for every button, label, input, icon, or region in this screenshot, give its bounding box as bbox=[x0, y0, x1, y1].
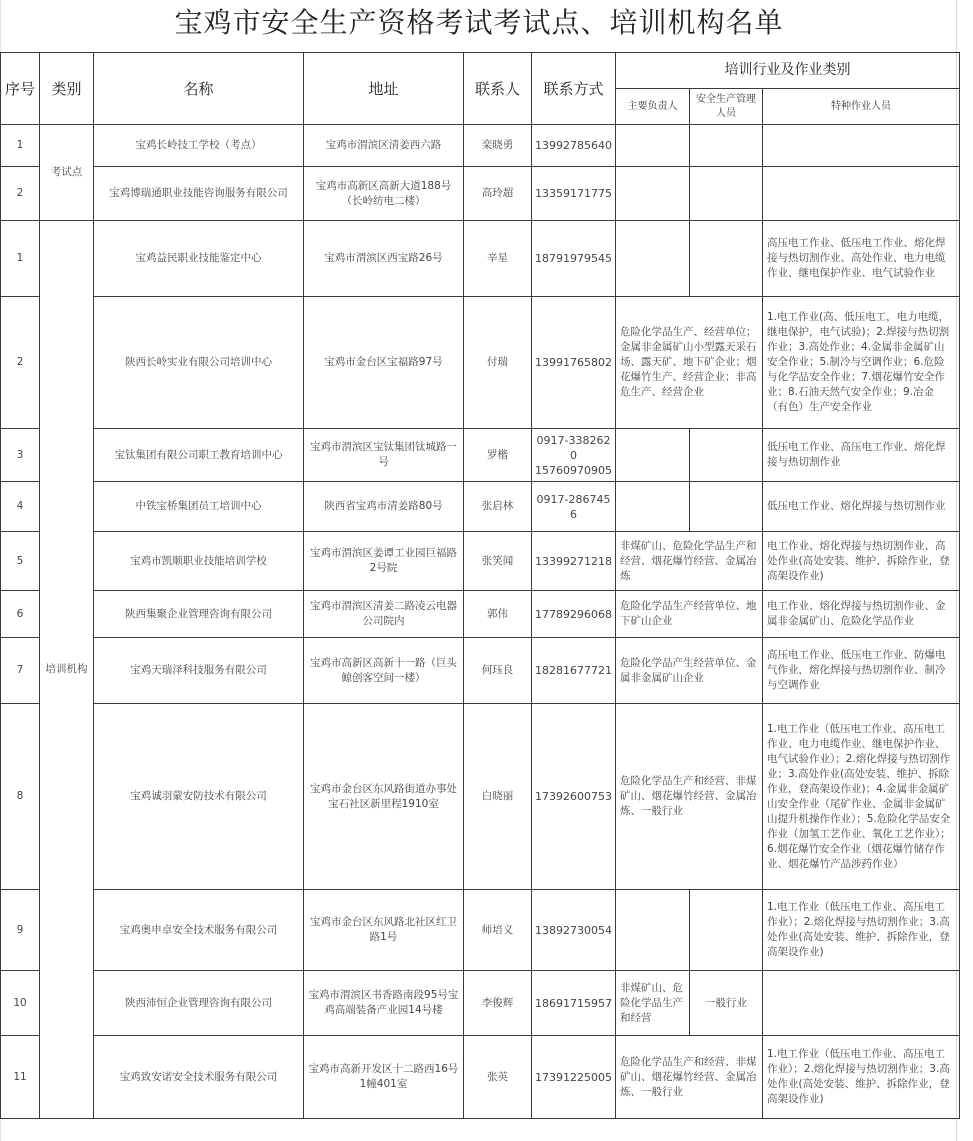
org-name: 宝鸡天瑞泽科技服务有限公司 bbox=[94, 638, 304, 704]
row-seq: 8 bbox=[1, 704, 40, 890]
table-row: 10陕西沛恒企业管理咨询有限公司宝鸡市渭滨区书香路南段95号宝鸡高端装备产业园1… bbox=[1, 971, 960, 1036]
org-name: 宝鸡诚羽蒙安防技术有限公司 bbox=[94, 704, 304, 890]
special-ops-scope: 高压电工作业、低压电工作业、防爆电气作业，熔化焊接与热切割作业、制冷与空调作业 bbox=[763, 638, 960, 704]
category-training-org: 培训机构 bbox=[40, 221, 94, 1119]
header-safety-manager: 安全生产管理人员 bbox=[690, 89, 763, 125]
special-ops-scope: 1.电工作业（低压电工作业、高压电工作业）；2.熔化焊接与热切割作业；3.高处作… bbox=[763, 1036, 960, 1119]
contact-person: 张启林 bbox=[464, 482, 532, 532]
safety-manager-scope bbox=[690, 482, 763, 532]
org-address: 宝鸡市金台区东风路北社区红卫路1号 bbox=[304, 890, 464, 971]
contact-phone: 18281677721 bbox=[532, 638, 616, 704]
page-title: 宝鸡市安全生产资格考试考试点、培训机构名单 bbox=[0, 0, 958, 50]
principal-scope bbox=[616, 482, 690, 532]
table-row: 11宝鸡致安诺安全技术服务有限公司宝鸡市高新开发区十二路西16号1幢401室张英… bbox=[1, 1036, 960, 1119]
contact-phone: 0917-2867456 bbox=[532, 482, 616, 532]
org-name: 宝钛集团有限公司职工教育培训中心 bbox=[94, 429, 304, 482]
special-ops-scope bbox=[763, 125, 960, 167]
industry-scope: 危险化学品生产和经营、非煤矿山、烟花爆竹经营、金属冶炼、一般行业 bbox=[616, 1036, 763, 1119]
table-row: 3宝钛集团有限公司职工教育培训中心宝鸡市渭滨区宝钛集团钛城路一号罗楷0917-3… bbox=[1, 429, 960, 482]
principal-scope: 非煤矿山、危险化学品生产和经营 bbox=[616, 971, 690, 1036]
table-row: 6陕西集聚企业管理咨询有限公司宝鸡市渭滨区清姜二路凌云电器公司院内郭伟17789… bbox=[1, 591, 960, 638]
safety-manager-scope bbox=[690, 125, 763, 167]
row-seq: 2 bbox=[1, 297, 40, 429]
row-seq: 11 bbox=[1, 1036, 40, 1119]
header-special-ops: 特种作业人员 bbox=[763, 89, 960, 125]
org-name: 宝鸡博瑞通职业技能咨询服务有限公司 bbox=[94, 167, 304, 221]
contact-phone: 18791979545 bbox=[532, 221, 616, 297]
contact-person: 白晓丽 bbox=[464, 704, 532, 890]
industry-scope: 危险化学品生产经营单位、地下矿山企业 bbox=[616, 591, 763, 638]
special-ops-scope: 1.电工作业（低压电工作业、高压电工作业、电力电缆作业、继电保护作业、电气试验作… bbox=[763, 704, 960, 890]
contact-phone: 13992785640 bbox=[532, 125, 616, 167]
row-seq: 7 bbox=[1, 638, 40, 704]
org-address: 宝鸡市渭滨区清姜西六路 bbox=[304, 125, 464, 167]
header-address: 地址 bbox=[304, 53, 464, 125]
category-exam-site: 考试点 bbox=[40, 125, 94, 221]
org-address: 宝鸡市高新区高新大道188号（长岭纺电二楼） bbox=[304, 167, 464, 221]
row-seq: 9 bbox=[1, 890, 40, 971]
row-seq: 4 bbox=[1, 482, 40, 532]
table-row: 8宝鸡诚羽蒙安防技术有限公司宝鸡市金台区东风路街道办事处宝石社区新里程1910室… bbox=[1, 704, 960, 890]
header-principal: 主要负责人 bbox=[616, 89, 690, 125]
org-name: 宝鸡奥申卓安全技术服务有限公司 bbox=[94, 890, 304, 971]
row-seq: 6 bbox=[1, 591, 40, 638]
special-ops-scope bbox=[763, 167, 960, 221]
org-address: 陕西省宝鸡市清姜路80号 bbox=[304, 482, 464, 532]
special-ops-scope: 电工作业、熔化焊接与热切割作业、高处作业(高处安装、维护、拆除作业，登高架设作业… bbox=[763, 532, 960, 591]
special-ops-scope: 高压电工作业、低压电工作业、熔化焊接与热切割作业、高处作业、电力电缆作业、继电保… bbox=[763, 221, 960, 297]
contact-person: 郭伟 bbox=[464, 591, 532, 638]
contact-person: 辛星 bbox=[464, 221, 532, 297]
contact-phone: 17391225005 bbox=[532, 1036, 616, 1119]
contact-phone: 13991765802 bbox=[532, 297, 616, 429]
table-row: 2宝鸡博瑞通职业技能咨询服务有限公司宝鸡市高新区高新大道188号（长岭纺电二楼）… bbox=[1, 167, 960, 221]
org-name: 陕西沛恒企业管理咨询有限公司 bbox=[94, 971, 304, 1036]
contact-person: 何珏良 bbox=[464, 638, 532, 704]
industry-scope: 危险化学品生产、经营单位；金属非金属矿山小型露天采石场、露天矿、地下矿企业；烟花… bbox=[616, 297, 763, 429]
org-address: 宝鸡市金台区东风路街道办事处宝石社区新里程1910室 bbox=[304, 704, 464, 890]
contact-phone: 17789296068 bbox=[532, 591, 616, 638]
safety-manager-scope bbox=[690, 167, 763, 221]
org-name: 宝鸡益民职业技能鉴定中心 bbox=[94, 221, 304, 297]
org-address: 宝鸡市渭滨区西宝路26号 bbox=[304, 221, 464, 297]
row-seq: 2 bbox=[1, 167, 40, 221]
contact-phone: 13892730054 bbox=[532, 890, 616, 971]
org-name: 中铁宝桥集团员工培训中心 bbox=[94, 482, 304, 532]
contact-person: 张笑闻 bbox=[464, 532, 532, 591]
contact-person: 罗楷 bbox=[464, 429, 532, 482]
org-name: 陕西长岭实业有限公司培训中心 bbox=[94, 297, 304, 429]
org-address: 宝鸡市渭滨区书香路南段95号宝鸡高端装备产业园14号楼 bbox=[304, 971, 464, 1036]
special-ops-scope: 1.电工作业（低压电工作业、高压电工作业）；2.熔化焊接与热切割作业；3.高处作… bbox=[763, 890, 960, 971]
row-seq: 10 bbox=[1, 971, 40, 1036]
org-address: 宝鸡市高新区高新十一路（巨头鲸创客空间一楼） bbox=[304, 638, 464, 704]
contact-person: 栾晓勇 bbox=[464, 125, 532, 167]
org-name: 宝鸡市凯顺职业技能培训学校 bbox=[94, 532, 304, 591]
contact-person: 高玲超 bbox=[464, 167, 532, 221]
row-seq: 1 bbox=[1, 125, 40, 167]
header-phone: 联系方式 bbox=[532, 53, 616, 125]
special-ops-scope bbox=[763, 971, 960, 1036]
safety-manager-scope: 一般行业 bbox=[690, 971, 763, 1036]
principal-scope bbox=[616, 167, 690, 221]
safety-manager-scope bbox=[690, 429, 763, 482]
principal-scope bbox=[616, 429, 690, 482]
org-address: 宝鸡市高新开发区十二路西16号1幢401室 bbox=[304, 1036, 464, 1119]
contact-person: 李俊辉 bbox=[464, 971, 532, 1036]
special-ops-scope: 低压电工作业、高压电工作业、熔化焊接与热切割作业 bbox=[763, 429, 960, 482]
contact-phone: 13359171775 bbox=[532, 167, 616, 221]
special-ops-scope: 1.电工作业(高、低压电工，电力电缆，继电保护，电气试验)；2.焊接与热切割作业… bbox=[763, 297, 960, 429]
row-seq: 5 bbox=[1, 532, 40, 591]
org-address: 宝鸡市金台区宝福路97号 bbox=[304, 297, 464, 429]
contact-person: 付瑞 bbox=[464, 297, 532, 429]
roster-table: 序号 类别 名称 地址 联系人 联系方式 培训行业及作业类别 主要负责人 安全生… bbox=[0, 52, 960, 1119]
industry-scope: 非煤矿山、危险化学品生产和经营、烟花爆竹经营、金属冶炼 bbox=[616, 532, 763, 591]
special-ops-scope: 低压电工作业、熔化焊接与热切割作业 bbox=[763, 482, 960, 532]
safety-manager-scope bbox=[690, 890, 763, 971]
industry-scope: 危险化学品生产和经营、非煤矿山、烟花爆竹经营、金属冶炼、一般行业 bbox=[616, 704, 763, 890]
principal-scope bbox=[616, 221, 690, 297]
contact-phone: 13399271218 bbox=[532, 532, 616, 591]
org-name: 陕西集聚企业管理咨询有限公司 bbox=[94, 591, 304, 638]
table-row: 7宝鸡天瑞泽科技服务有限公司宝鸡市高新区高新十一路（巨头鲸创客空间一楼）何珏良1… bbox=[1, 638, 960, 704]
header-category: 类别 bbox=[40, 53, 94, 125]
table-row: 9宝鸡奥申卓安全技术服务有限公司宝鸡市金台区东风路北社区红卫路1号师培义1389… bbox=[1, 890, 960, 971]
contact-phone: 0917-338262015760970905 bbox=[532, 429, 616, 482]
contact-person: 张英 bbox=[464, 1036, 532, 1119]
table-row: 1培训机构宝鸡益民职业技能鉴定中心宝鸡市渭滨区西宝路26号辛星187919795… bbox=[1, 221, 960, 297]
table-row: 2陕西长岭实业有限公司培训中心宝鸡市金台区宝福路97号付瑞13991765802… bbox=[1, 297, 960, 429]
contact-phone: 18691715957 bbox=[532, 971, 616, 1036]
special-ops-scope: 电工作业、熔化焊接与热切割作业、金属非金属矿山、危险化学品作业 bbox=[763, 591, 960, 638]
contact-phone: 17392600753 bbox=[532, 704, 616, 890]
header-name: 名称 bbox=[94, 53, 304, 125]
header-contact: 联系人 bbox=[464, 53, 532, 125]
table-row: 1考试点宝鸡长岭技工学校（考点）宝鸡市渭滨区清姜西六路栾晓勇1399278564… bbox=[1, 125, 960, 167]
principal-scope bbox=[616, 890, 690, 971]
row-seq: 3 bbox=[1, 429, 40, 482]
contact-person: 师培义 bbox=[464, 890, 532, 971]
org-address: 宝鸡市渭滨区宝钛集团钛城路一号 bbox=[304, 429, 464, 482]
safety-manager-scope bbox=[690, 221, 763, 297]
industry-scope: 危险化学品产生经营单位、金属非金属矿山企业 bbox=[616, 638, 763, 704]
org-name: 宝鸡致安诺安全技术服务有限公司 bbox=[94, 1036, 304, 1119]
org-address: 宝鸡市渭滨区清姜二路凌云电器公司院内 bbox=[304, 591, 464, 638]
table-row: 4中铁宝桥集团员工培训中心陕西省宝鸡市清姜路80号张启林0917-2867456… bbox=[1, 482, 960, 532]
org-address: 宝鸡市渭滨区姜谭工业园巨福路2号院 bbox=[304, 532, 464, 591]
header-training-group: 培训行业及作业类别 bbox=[616, 53, 960, 89]
header-seq: 序号 bbox=[1, 53, 40, 125]
principal-scope bbox=[616, 125, 690, 167]
table-row: 5宝鸡市凯顺职业技能培训学校宝鸡市渭滨区姜谭工业园巨福路2号院张笑闻133992… bbox=[1, 532, 960, 591]
org-name: 宝鸡长岭技工学校（考点） bbox=[94, 125, 304, 167]
row-seq: 1 bbox=[1, 221, 40, 297]
